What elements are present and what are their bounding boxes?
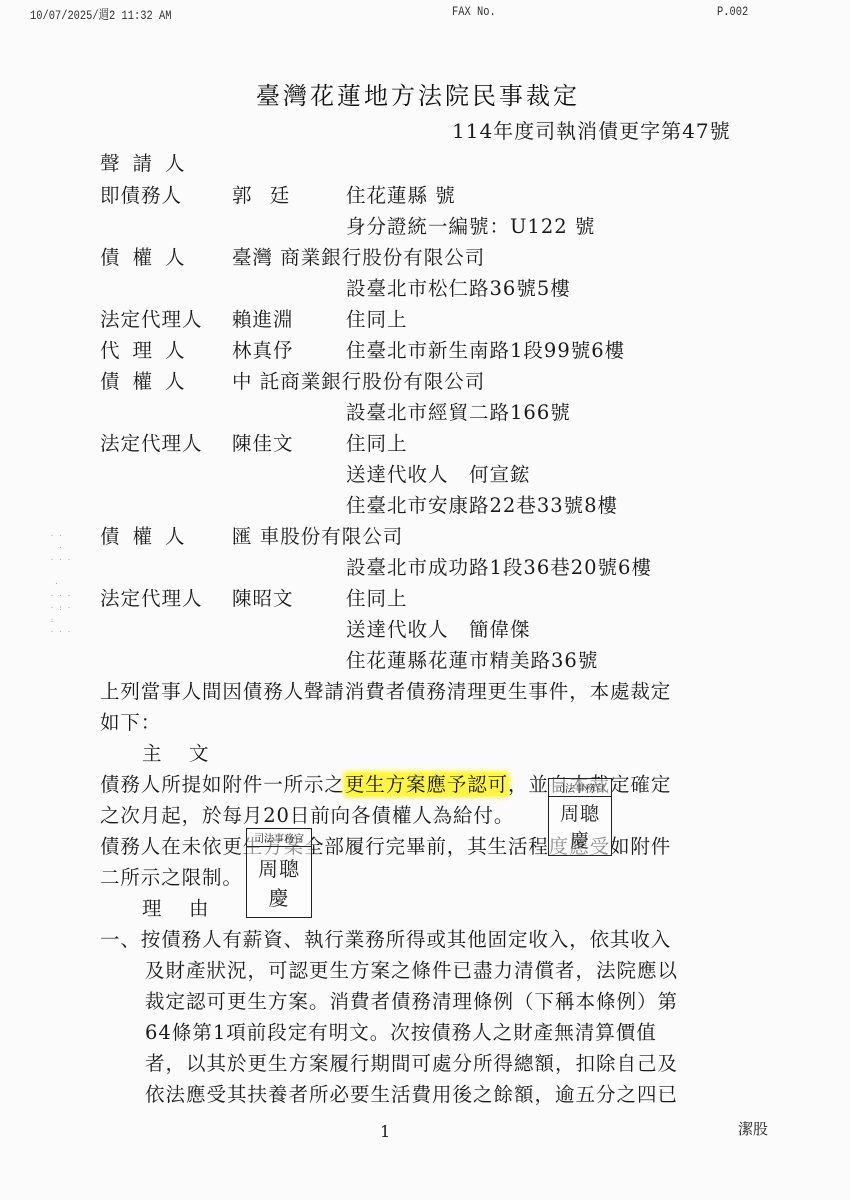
court-section: 潔股: [738, 1118, 768, 1139]
official-seal-stamp: 司法事務官 周聰慶: [548, 778, 612, 856]
service-agent-address: 住臺北市安康路22巷33號8樓: [346, 490, 618, 518]
reasons-line: 一、按債務人有薪資、執行業務所得或其他固定收入，依其收入: [100, 924, 671, 952]
service-agent-address: 住花蓮縣花蓮市精美路36號: [346, 645, 598, 673]
fax-datetime: 10/07/2025/週2 11:32 AM: [30, 4, 171, 23]
party-name: 匯 車股份有限公司: [232, 521, 403, 549]
party-name: 陳昭文: [232, 583, 294, 611]
stamp-title: 司法事務官: [247, 829, 311, 847]
party-name: 郭 廷: [232, 180, 295, 208]
party-address: 住臺北市新生南路1段99號6樓: [346, 335, 625, 363]
party-address: 設臺北市松仁路36號5樓: [346, 273, 571, 301]
main-text-p1-pre: 債務人所提如附件一所示之: [100, 773, 345, 796]
party-role: 債權人: [100, 521, 198, 549]
stamp-name: 周聰慶: [247, 847, 311, 917]
party-id-number: 身分證統一編號：U122 號: [346, 211, 595, 239]
party-address: 住同上: [346, 428, 408, 456]
margin-artifacts: · · ·· · · ·· · ·· : ·:· · ·: [50, 530, 80, 650]
party-role: 法定代理人: [100, 304, 203, 332]
reasons-line: 64條第1項前段定有明文。次按債務人之財產無清算價值: [145, 1017, 657, 1045]
party-role: 代理人: [100, 335, 198, 363]
party-name: 陳佳文: [232, 428, 294, 456]
party-role: 債權人: [100, 242, 198, 270]
stamp-name: 周聰慶: [549, 797, 611, 855]
party-address: 住同上: [346, 304, 408, 332]
case-number: 114年度司執消債更字第47號: [452, 115, 731, 144]
party-name: 中 託商業銀行股份有限公司: [232, 366, 485, 394]
main-text-p2-line-2: 二所示之限制。: [100, 862, 243, 890]
party-role: 即債務人: [100, 180, 182, 208]
official-seal-stamp: 司法事務官 周聰慶: [246, 828, 312, 918]
party-role: 債權人: [100, 366, 198, 394]
main-text-p1-line-2: 之次月起，於每月20日前向各債權人為給付。: [100, 800, 514, 828]
party-address: 設臺北市經貿二路166號: [346, 397, 571, 425]
party-name: 林真伃: [232, 335, 294, 363]
service-agent: 送達代收人 何宣鋐: [346, 459, 531, 487]
fax-number-label: FAX No.: [452, 4, 496, 19]
stamp-title: 司法事務官: [549, 779, 611, 797]
highlighted-ruling: 更生方案應予認可: [345, 773, 508, 796]
reasons-line: 者，以其於更生方案履行期間可處分所得總額，扣除自己及: [145, 1048, 678, 1076]
party-name: 賴進淵: [232, 304, 294, 332]
reasons-line: 依法應受其扶養者所必要生活費用後之餘額，逾五分之四已: [145, 1079, 678, 1107]
party-role: 法定代理人: [100, 583, 203, 611]
page-number: 1: [380, 1122, 390, 1141]
fax-page: P.002: [717, 4, 748, 19]
party-address: 設臺北市成功路1段36巷20號6樓: [346, 552, 652, 580]
party-name: 臺灣 商業銀行股份有限公司: [232, 242, 485, 270]
document-title: 臺灣花蓮地方法院民事裁定: [256, 76, 580, 111]
intro-line-1: 上列當事人間因債務人聲請消費者債務清理更生事件，本處裁定: [100, 676, 671, 704]
reasons-line: 裁定認可更生方案。消費者債務清理條例（下稱本條例）第: [145, 986, 678, 1014]
party-role: 法定代理人: [100, 428, 203, 456]
main-text-heading: 主 文: [142, 738, 213, 766]
service-agent: 送達代收人 簡偉傑: [346, 614, 531, 642]
fax-header: 10/07/2025/週2 11:32 AM FAX No. P.002: [0, 4, 850, 24]
reasons-heading: 理 由: [142, 893, 213, 921]
party-role: 聲請人: [100, 148, 198, 176]
party-address: 住同上: [346, 583, 408, 611]
intro-line-2: 如下：: [100, 707, 161, 735]
reasons-line: 及財產狀況，可認更生方案之條件已盡力清償者，法院應以: [145, 955, 678, 983]
party-address: 住花蓮縣 號: [346, 180, 456, 208]
